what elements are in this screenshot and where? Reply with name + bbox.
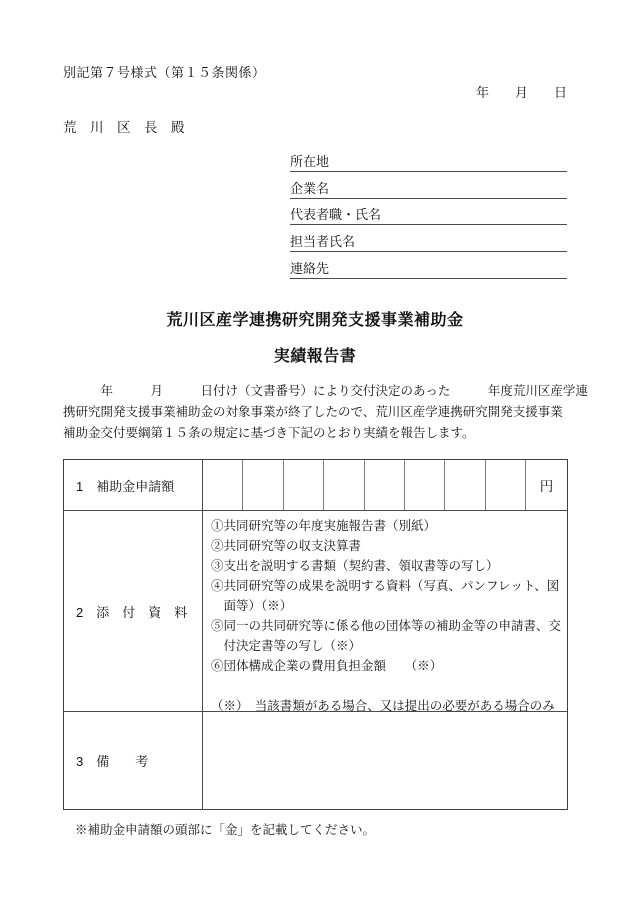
amount-digit-cell — [445, 460, 485, 510]
body-paragraph: 年 月 日付け（文書番号）により交付決定のあった 年度荒川区産学連 携研究開発支… — [63, 381, 570, 444]
attachment-item: ②共同研究等の収支決算書 — [211, 536, 563, 556]
attachment-item: ④共同研究等の成果を説明する資料（写真、パンフレット、図 — [211, 576, 563, 596]
amount-digit-cell — [324, 460, 364, 510]
document-title-line2: 実績報告書 — [0, 343, 630, 366]
body-paragraph-line: 補助金交付要綱第１５条の規定に基づき下記のとおり実績を報告します。 — [63, 423, 570, 444]
attachment-blank-line — [211, 676, 563, 696]
amount-row: 1 補助金申請額 円 — [64, 460, 567, 511]
attachments-list: ①共同研究等の年度実施報告書（別紙） ②共同研究等の収支決算書 ③支出を説明する… — [203, 511, 567, 711]
remarks-row-label: 3 備 考 — [64, 712, 203, 809]
report-table: 1 補助金申請額 円 2 添 付 資 料 ①共同研究等の年度実施報告書（別紙） … — [63, 459, 568, 810]
body-paragraph-line: 携研究開発支援事業補助金の対象事業が終了したので、荒川区産学連携研究開発支援事業 — [63, 402, 570, 423]
field-contact-info-label: 連絡先 — [290, 258, 329, 277]
footer-note: ※補助金申請額の頭部に「金」を記載してください。 — [75, 820, 375, 838]
attachments-row-label: 2 添 付 資 料 — [64, 511, 203, 711]
field-address-label: 所在地 — [290, 151, 329, 170]
amount-digit-cell — [365, 460, 405, 510]
amount-digit-cell — [486, 460, 526, 510]
document-title: 荒川区産学連携研究開発支援事業補助金 実績報告書 — [0, 307, 630, 366]
field-company-name-label: 企業名 — [290, 178, 329, 197]
attachment-item-continuation: 付決定書等の写し（※） — [211, 636, 563, 656]
body-paragraph-line: 年 月 日付け（文書番号）により交付決定のあった 年度荒川区産学連 — [63, 381, 570, 402]
document-page: 別記第７号様式（第１５条関係） 年 月 日 荒 川 区 長 殿 所在地 企業名 … — [0, 0, 630, 903]
field-representative: 代表者職・氏名 — [290, 207, 567, 225]
field-contact-person-label: 担当者氏名 — [290, 231, 355, 250]
amount-unit-yen: 円 — [526, 460, 567, 510]
date-line: 年 月 日 — [476, 82, 567, 101]
field-company-name: 企業名 — [290, 181, 567, 199]
field-contact-info: 連絡先 — [290, 261, 567, 279]
amount-digit-cell — [243, 460, 283, 510]
field-representative-label: 代表者職・氏名 — [290, 204, 381, 223]
attachment-item: ③支出を説明する書類（契約書、領収書等の写し） — [211, 556, 563, 576]
form-style-number: 別記第７号様式（第１５条関係） — [63, 62, 266, 81]
attachment-item: ⑥団体構成企業の費用負担金額 （※） — [211, 656, 563, 676]
amount-digit-cell — [284, 460, 324, 510]
attachment-item-continuation: 面等）（※） — [211, 596, 563, 616]
amount-row-label: 1 補助金申請額 — [64, 460, 203, 510]
amount-digit-cell — [203, 460, 243, 510]
field-address: 所在地 — [290, 154, 567, 172]
field-contact-person: 担当者氏名 — [290, 234, 567, 252]
remarks-content — [203, 712, 567, 809]
attachment-item: ⑤同一の共同研究等に係る他の団体等の補助金等の申請書、交 — [211, 616, 563, 636]
attachments-row: 2 添 付 資 料 ①共同研究等の年度実施報告書（別紙） ②共同研究等の収支決算… — [64, 511, 567, 712]
amount-digit-cell — [405, 460, 445, 510]
attachment-item: ①共同研究等の年度実施報告書（別紙） — [211, 516, 563, 536]
addressee-mayor: 荒 川 区 長 殿 — [63, 116, 185, 136]
document-title-line1: 荒川区産学連携研究開発支援事業補助金 — [0, 307, 630, 330]
remarks-row: 3 備 考 — [64, 712, 567, 809]
